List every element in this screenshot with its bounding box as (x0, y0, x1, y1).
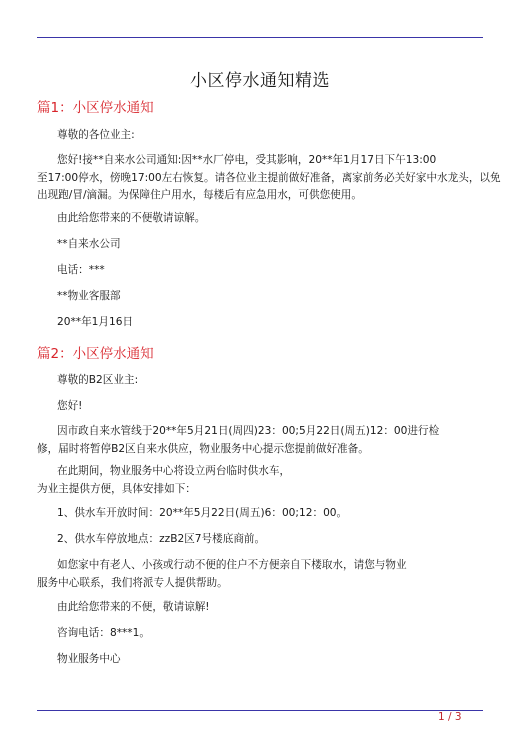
paragraph: **物业客服部 (37, 288, 457, 306)
paragraph: 20**年1月16日 (37, 314, 457, 332)
text-line: 物业服务中心 (37, 651, 457, 669)
text-line: 至17:00停水，傍晚17:00左右恢复。请各位业主提前做好准备，离家前务必关好… (37, 170, 457, 188)
section-heading-1: 篇1：小区停水通知 (37, 96, 154, 116)
text-line: 出现跑/冒/滴漏。为保障住户用水，每楼后有应急用水，可供您使用。 (37, 187, 457, 205)
page-indicator: 1 / 3 (438, 711, 462, 723)
paragraph: 由此给您带来的不便敬请谅解。 (37, 210, 457, 228)
text-line: 因市政自来水管线于20**年5月21日(周四)23：00;5月22日(周五)12… (37, 423, 457, 441)
paragraph: 由此给您带来的不便，敬请谅解! (37, 599, 457, 617)
paragraph: **自来水公司 (37, 236, 457, 254)
page-title: 小区停水通知精选 (0, 66, 520, 91)
paragraph: 尊敬的B2区业主: (37, 372, 457, 390)
text-line: **自来水公司 (37, 236, 457, 254)
text-line: 2、供水车停放地点：zzB2区7号楼底商前。 (37, 531, 457, 549)
paragraph: 在此期间，物业服务中心将设立两台临时供水车， 为业主提供方便，具体安排如下： (37, 463, 457, 498)
paragraph: 您好! (37, 398, 457, 416)
text-line: 尊敬的B2区业主: (37, 372, 457, 390)
paragraph: 电话：*** (37, 262, 457, 280)
text-line: 修，届时将暂停B2区自来水供应，物业服务中心提示您提前做好准备。 (37, 441, 457, 459)
section-heading-2: 篇2：小区停水通知 (37, 342, 154, 362)
header-rule (37, 37, 483, 38)
text-line: 尊敬的各位业主: (37, 127, 457, 145)
text-line: **物业客服部 (37, 288, 457, 306)
paragraph: 2、供水车停放地点：zzB2区7号楼底商前。 (37, 531, 457, 549)
text-line: 您好!接**自来水公司通知:因**水厂停电，受其影响，20**年1月17日下午1… (37, 152, 457, 170)
text-line: 1、供水车开放时间：20**年5月22日(周五)6：00;12：00。 (37, 505, 457, 523)
text-line: 在此期间，物业服务中心将设立两台临时供水车， (37, 463, 457, 481)
paragraph: 尊敬的各位业主: (37, 127, 457, 145)
paragraph: 如您家中有老人、小孩或行动不便的住户不方便亲自下楼取水，请您与物业 服务中心联系… (37, 557, 457, 592)
text-line: 电话：*** (37, 262, 457, 280)
text-line: 由此给您带来的不便，敬请谅解! (37, 599, 457, 617)
text-line: 服务中心联系，我们将派专人提供帮助。 (37, 575, 457, 593)
paragraph: 1、供水车开放时间：20**年5月22日(周五)6：00;12：00。 (37, 505, 457, 523)
paragraph: 物业服务中心 (37, 651, 457, 669)
text-line: 由此给您带来的不便敬请谅解。 (37, 210, 457, 228)
text-line: 如您家中有老人、小孩或行动不便的住户不方便亲自下楼取水，请您与物业 (37, 557, 457, 575)
footer-rule (37, 710, 483, 711)
text-line: 咨询电话：8***1。 (37, 625, 457, 643)
text-line: 您好! (37, 398, 457, 416)
paragraph: 因市政自来水管线于20**年5月21日(周四)23：00;5月22日(周五)12… (37, 423, 457, 458)
paragraph: 咨询电话：8***1。 (37, 625, 457, 643)
text-line: 为业主提供方便，具体安排如下： (37, 481, 457, 499)
text-line: 20**年1月16日 (37, 314, 457, 332)
paragraph: 您好!接**自来水公司通知:因**水厂停电，受其影响，20**年1月17日下午1… (37, 152, 457, 205)
